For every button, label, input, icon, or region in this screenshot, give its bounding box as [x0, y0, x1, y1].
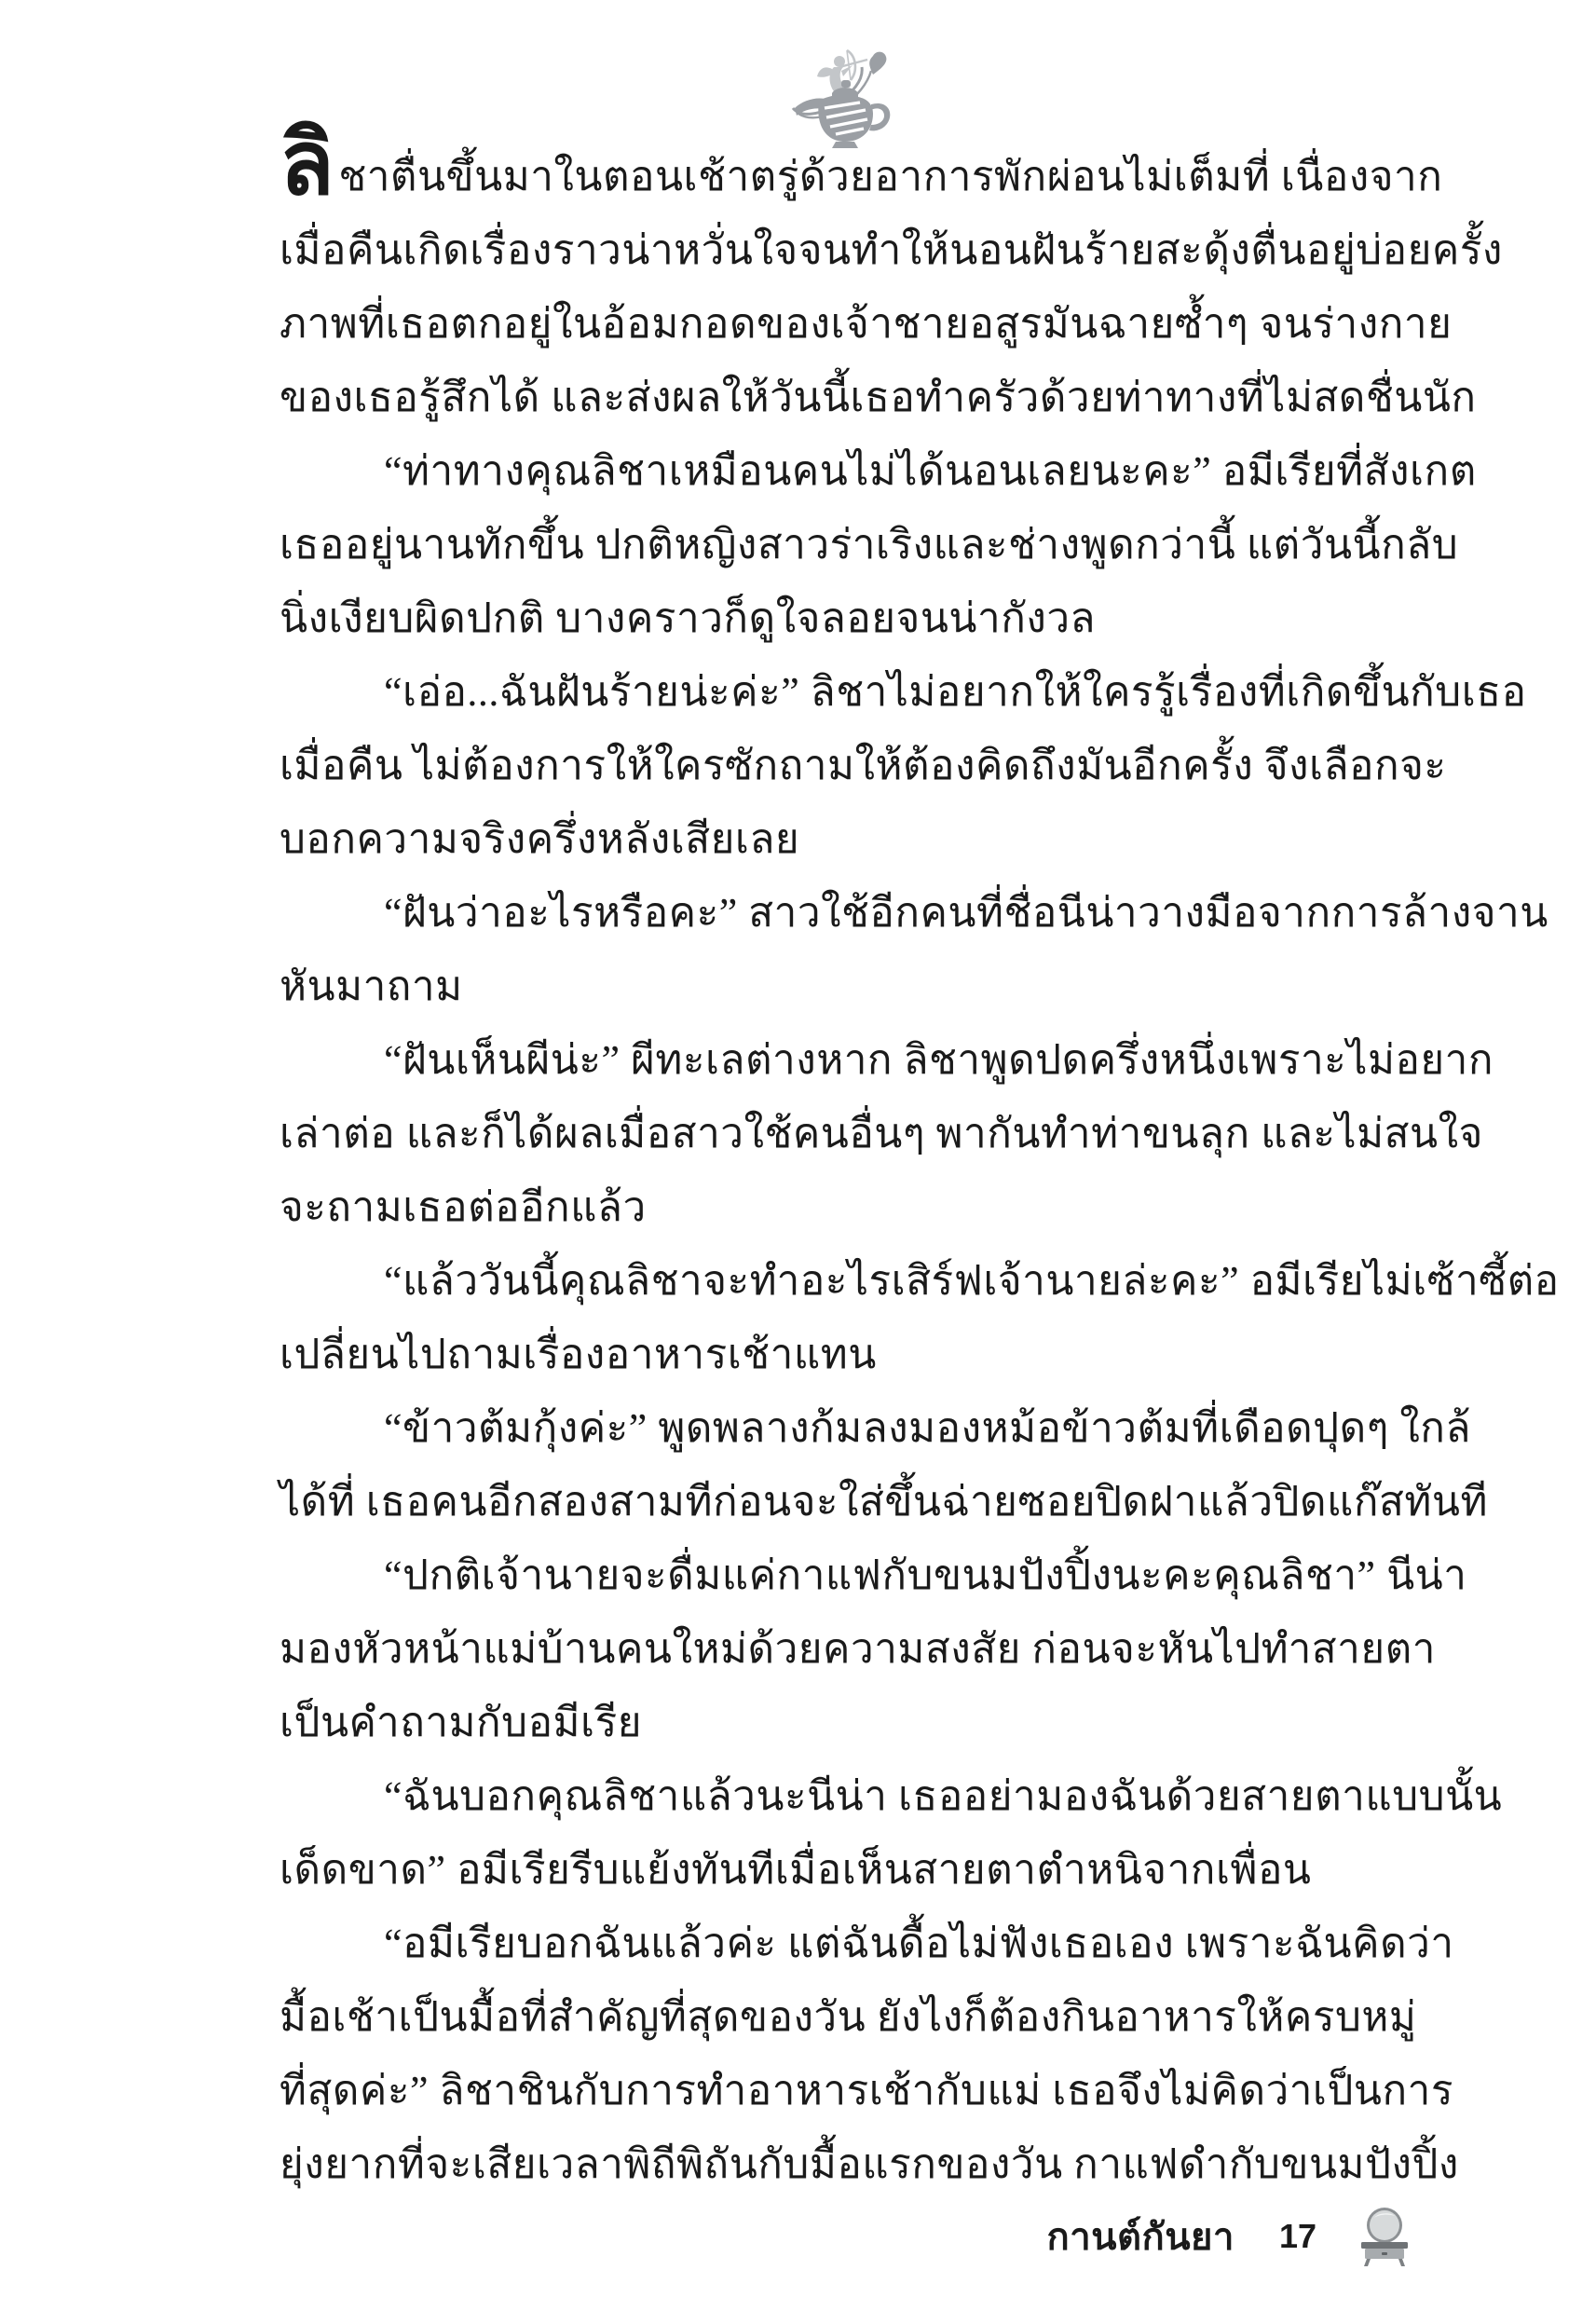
- page-footer: กานต์กันยา 17: [1046, 2207, 1413, 2266]
- teapot-cupid-ornament: [787, 39, 899, 149]
- text-line: ภาพที่เธอตกอยู่ในอ้อมกอดของเจ้าชายอสูรมั…: [280, 287, 1438, 361]
- text-line: จะถามเธอต่ออีกแล้ว: [280, 1170, 1438, 1244]
- text-line: “เอ่อ...ฉันฝันร้ายน่ะค่ะ” ลิชาไม่อยากให้…: [280, 655, 1438, 729]
- vanity-mirror-icon: [1356, 2207, 1413, 2266]
- text-line: เด็ดขาด” อมีเรียรีบแย้งทันทีเมื่อเห็นสาย…: [280, 1833, 1438, 1907]
- text-line: “ท่าทางคุณลิชาเหมือนคนไม่ได้นอนเลยนะคะ” …: [280, 434, 1438, 508]
- text-line: “ปกติเจ้านายจะดื่มแค่กาแฟกับขนมปังปิ้งนะ…: [280, 1538, 1438, 1612]
- book-title: กานต์กันยา: [1046, 2207, 1234, 2266]
- page-number: 17: [1279, 2217, 1316, 2256]
- text-line: “ฉันบอกคุณลิชาแล้วนะนีน่า เธออย่ามองฉันด…: [280, 1759, 1438, 1833]
- text-line: ได้ที่ เธอคนอีกสองสามทีก่อนจะใส่ขึ้นฉ่าย…: [280, 1465, 1438, 1538]
- text-line: ของเธอรู้สึกได้ และส่งผลให้วันนี้เธอทำคร…: [280, 361, 1438, 434]
- text-line: บอกความจริงครึ่งหลังเสียเลย: [280, 802, 1438, 876]
- text-line: ที่สุดค่ะ” ลิชาชินกับการทำอาหารเช้ากับแม…: [280, 2054, 1438, 2127]
- text-line: เมื่อคืน ไม่ต้องการให้ใครซักถามให้ต้องคิ…: [280, 729, 1438, 802]
- text-line: “ฝันเห็นผีน่ะ” ผีทะเลต่างหาก ลิชาพูดปดคร…: [280, 1023, 1438, 1097]
- text-line: เปลี่ยนไปถามเรื่องอาหารเช้าแทน: [280, 1318, 1438, 1391]
- text-line: เล่าต่อ และก็ได้ผลเมื่อสาวใช้คนอื่นๆ พาก…: [280, 1097, 1438, 1170]
- text-line: ลิชาตื่นขึ้นมาในตอนเช้าตรู่ด้วยอาการพักผ…: [280, 140, 1438, 213]
- text-line: มองหัวหน้าแม่บ้านคนใหม่ด้วยความสงสัย ก่อ…: [280, 1612, 1438, 1686]
- text-line: มื้อเช้าเป็นมื้อที่สำคัญที่สุดของวัน ยัง…: [280, 1980, 1438, 2054]
- text-line: นิ่งเงียบผิดปกติ บางคราวก็ดูใจลอยจนน่ากั…: [280, 581, 1438, 655]
- body-text: ลิชาตื่นขึ้นมาในตอนเช้าตรู่ด้วยอาการพักผ…: [280, 140, 1438, 2201]
- text-line: หันมาถาม: [280, 950, 1438, 1023]
- text-line: เธออยู่นานทักขึ้น ปกติหญิงสาวร่าเริงและช…: [280, 508, 1438, 581]
- text-line: “ข้าวต้มกุ้งค่ะ” พูดพลางก้มลงมองหม้อข้าว…: [280, 1391, 1438, 1465]
- text-line: ยุ่งยากที่จะเสียเวลาพิถีพิถันกับมื้อแรกข…: [280, 2127, 1438, 2201]
- drop-cap: ลิ: [280, 114, 338, 213]
- book-page: ลิชาตื่นขึ้นมาในตอนเช้าตรู่ด้วยอาการพักผ…: [0, 0, 1596, 2311]
- text-line: “ฝันว่าอะไรหรือคะ” สาวใช้อีกคนที่ชื่อนีน…: [280, 876, 1438, 950]
- text-line: เป็นคำถามกับอมีเรีย: [280, 1686, 1438, 1759]
- text-line: เมื่อคืนเกิดเรื่องราวน่าหวั่นใจจนทำให้นอ…: [280, 213, 1438, 287]
- text-line: “แล้ววันนี้คุณลิชาจะทำอะไรเสิร์ฟเจ้านายล…: [280, 1244, 1438, 1318]
- text-line: “อมีเรียบอกฉันแล้วค่ะ แต่ฉันดื้อไม่ฟังเธ…: [280, 1907, 1438, 1980]
